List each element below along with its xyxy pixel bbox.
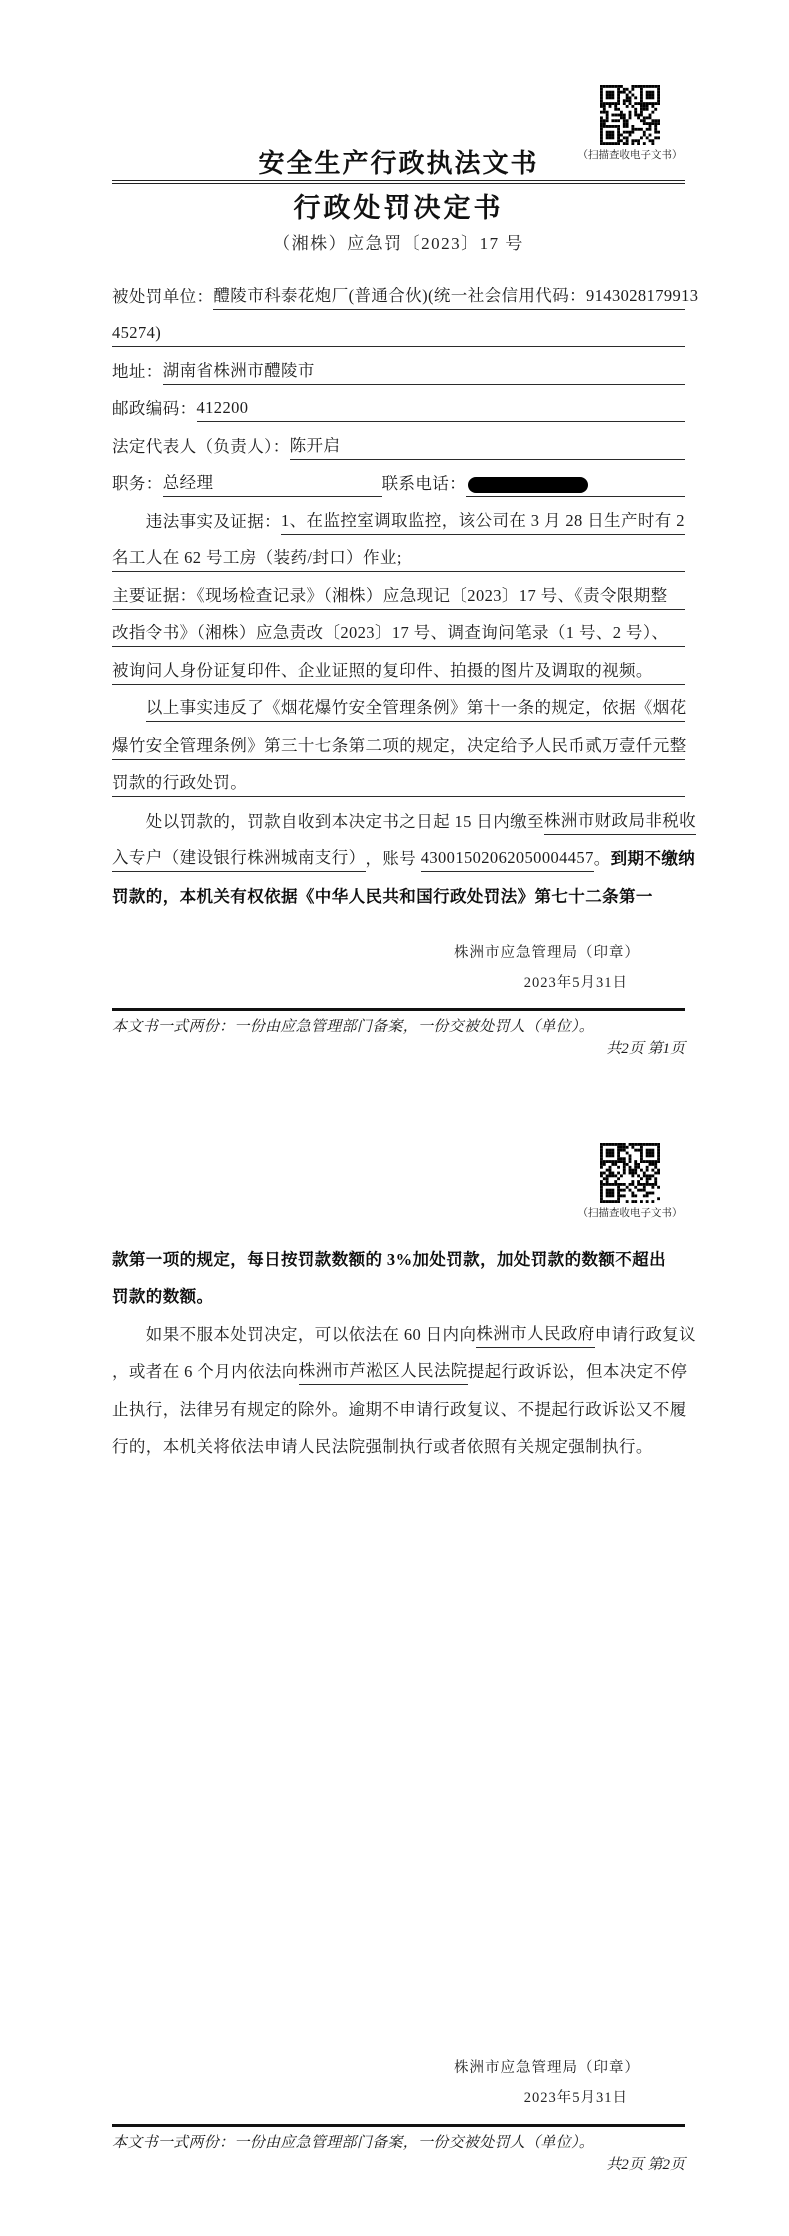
doc-text-segment — [112, 699, 146, 722]
doc-line: 主要证据：《现场检查记录》（湘株）应急现记〔2023〕17 号、《责令限期整 — [112, 572, 685, 610]
doc-line: 以上事实违反了《烟花爆竹安全管理条例》第十一条的规定，依据《烟花 — [112, 685, 685, 723]
doc-text-segment: 提起行政诉讼，但本决定不停 — [468, 1362, 688, 1385]
doc-text-segment: ，或者在 6 个月内依法向 — [112, 1362, 299, 1385]
doc-line: 爆竹安全管理条例》第三十七条第二项的规定，决定给予人民币贰万壹仟元整 — [112, 722, 685, 760]
doc-text-segment: 申请行政复议 — [595, 1325, 696, 1348]
doc-text-segment: 到期不缴纳 — [611, 849, 696, 872]
page1-footer: 本文书一式两份：一份由应急管理部门备案，一份交被处罚人（单位）。 共2页 第1页 — [112, 1008, 685, 1058]
page2-body: 款第一项的规定，每日按罚款数额的 3%加处罚款，加处罚款的数额不超出罚款的数额。… — [112, 1235, 685, 1460]
page2-signature: 株洲市应急管理局（印章） 2023年5月31日 — [112, 2053, 685, 2113]
page2-footer: 本文书一式两份：一份由应急管理部门备案，一份交被处罚人（单位）。 共2页 第2页 — [112, 2124, 685, 2174]
doc-text-segment: 以上事实违反了《烟花爆竹安全管理条例》第十一条的规定，依据《烟花 — [146, 698, 685, 722]
doc-text-segment: 职务： — [112, 474, 163, 497]
page-number: 共2页 第1页 — [112, 1037, 685, 1058]
doc-line: 职务：总经理联系电话： — [112, 460, 685, 498]
doc-line: 款第一项的规定，每日按罚款数额的 3%加处罚款，加处罚款的数额不超出 — [112, 1235, 685, 1273]
form-title: 安全生产行政执法文书 — [112, 149, 685, 178]
doc-text-segment: 爆竹安全管理条例》第三十七条第二项的规定，决定给予人民币贰万壹仟元整 — [112, 736, 685, 760]
doc-text-segment: 被询问人身份证复印件、企业证照的复印件、拍摄的图片及调取的视频。 — [112, 661, 685, 685]
doc-line: 被处罚单位：醴陵市科泰花炮厂(普通合伙)(统一社会信用代码：9143028179… — [112, 272, 685, 310]
doc-text-segment: 罚款的数额。 — [112, 1287, 213, 1310]
document-number: （湘株）应急罚〔2023〕17 号 — [112, 229, 685, 254]
doc-line: 行的，本机关将依法申请人民法院强制执行或者依照有关规定强制执行。 — [112, 1423, 685, 1461]
doc-text-segment: 总经理 — [163, 473, 382, 497]
doc-text-segment: 联系电话： — [382, 474, 467, 497]
doc-line: 邮政编码：412200 — [112, 385, 685, 423]
doc-text-segment: 湖南省株洲市醴陵市 — [163, 361, 685, 385]
doc-text-segment: 入专户（建设银行株洲城南支行） — [112, 848, 366, 872]
doc-text-segment: 罚款的，本机关有权依据《中华人民共和国行政处罚法》第七十二条第一 — [112, 887, 653, 910]
doc-text-segment: 行的，本机关将依法申请人民法院强制执行或者依照有关规定强制执行。 — [112, 1437, 653, 1460]
doc-line: 如果不服本处罚决定，可以依法在 60 日内向株洲市人民政府申请行政复议 — [112, 1310, 685, 1348]
footer-note: 本文书一式两份：一份由应急管理部门备案，一份交被处罚人（单位）。 — [112, 1015, 685, 1036]
doc-line: 罚款的数额。 — [112, 1273, 685, 1311]
doc-text-segment: 违法事实及证据： — [112, 512, 281, 535]
doc-text-segment: 罚款的行政处罚。 — [112, 773, 685, 797]
doc-line: 违法事实及证据：1、在监控室调取监控，该公司在 3 月 28 日生产时有 2 — [112, 497, 685, 535]
doc-text-segment: 株洲市人民政府 — [476, 1324, 594, 1348]
qr-caption: （扫描查收电子文书） — [573, 1205, 687, 1220]
doc-text-segment: 止执行，法律另有规定的除外。逾期不申请行政复议、不提起行政诉讼又不履 — [112, 1400, 687, 1423]
doc-text-segment: 株洲市财政局非税收 — [544, 811, 696, 835]
doc-text-segment: 款第一项的规定，每日按罚款数额的 3%加处罚款，加处罚款的数额不超出 — [112, 1250, 666, 1273]
issuing-authority: 株洲市应急管理局（印章） — [112, 938, 685, 968]
doc-line: 名工人在 62 号工房（装药/封口）作业; — [112, 535, 685, 573]
qr-code-icon — [600, 85, 660, 145]
doc-text-segment: 法定代表人（负责人）： — [112, 437, 290, 460]
footer-rule — [112, 1008, 685, 1011]
doc-text-segment: 45274) — [112, 323, 685, 347]
page1-signature: 株洲市应急管理局（印章） 2023年5月31日 — [112, 938, 685, 998]
doc-line: 罚款的，本机关有权依据《中华人民共和国行政处罚法》第七十二条第一 — [112, 872, 685, 910]
doc-text-segment: 陈开启 — [290, 436, 685, 460]
doc-text-segment: 名工人在 62 号工房（装药/封口）作业; — [112, 548, 685, 572]
doc-text-segment: 地址： — [112, 362, 163, 385]
doc-text-segment: 醴陵市科泰花炮厂(普通合伙)(统一社会信用代码：9143028179913 — [213, 286, 685, 310]
doc-text-segment: 1、在监控室调取监控，该公司在 3 月 28 日生产时有 2 — [281, 511, 685, 535]
qr-block-page2: （扫描查收电子文书） — [573, 1143, 687, 1220]
doc-text-segment: 主要证据：《现场检查记录》（湘株）应急现记〔2023〕17 号、《责令限期整 — [112, 586, 685, 610]
double-rule — [112, 180, 685, 184]
footer-note: 本文书一式两份：一份由应急管理部门备案，一份交被处罚人（单位）。 — [112, 2131, 685, 2152]
doc-line: 止执行，法律另有规定的除外。逾期不申请行政复议、不提起行政诉讼又不履 — [112, 1385, 685, 1423]
qr-code-icon — [600, 1143, 660, 1203]
footer-rule — [112, 2124, 685, 2127]
page1-body: 被处罚单位：醴陵市科泰花炮厂(普通合伙)(统一社会信用代码：9143028179… — [112, 272, 685, 910]
doc-text-segment: 。 — [594, 849, 611, 872]
doc-line: 地址：湖南省株洲市醴陵市 — [112, 347, 685, 385]
doc-line: 罚款的行政处罚。 — [112, 760, 685, 798]
doc-line: 入专户（建设银行株洲城南支行），账号 43001502062050004457。… — [112, 835, 685, 873]
doc-text-segment: 改指令书》（湘株）应急责改〔2023〕17 号、调查询问笔录（1 号、2 号）、 — [112, 623, 685, 647]
doc-text-segment: 处以罚款的，罚款自收到本决定书之日起 15 日内缴至 — [112, 812, 544, 835]
doc-text-segment: ，账号 — [366, 849, 421, 872]
doc-line: 被询问人身份证复印件、企业证照的复印件、拍摄的图片及调取的视频。 — [112, 647, 685, 685]
doc-line: 法定代表人（负责人）：陈开启 — [112, 422, 685, 460]
redaction-bar — [468, 477, 588, 493]
doc-text-segment: 株洲市芦淞区人民法院 — [299, 1361, 468, 1385]
issue-date: 2023年5月31日 — [112, 2083, 685, 2113]
doc-line: 45274) — [112, 310, 685, 348]
page-title: 行政处罚决定书 — [112, 193, 685, 223]
doc-line: ，或者在 6 个月内依法向株洲市芦淞区人民法院提起行政诉讼，但本决定不停 — [112, 1348, 685, 1386]
doc-text-segment: 如果不服本处罚决定，可以依法在 60 日内向 — [112, 1325, 476, 1348]
redacted-phone-field — [466, 473, 685, 497]
page-number: 共2页 第2页 — [112, 2153, 685, 2174]
doc-text-segment: 43001502062050004457 — [421, 848, 594, 872]
doc-line: 改指令书》（湘株）应急责改〔2023〕17 号、调查询问笔录（1 号、2 号）、 — [112, 610, 685, 648]
doc-line: 处以罚款的，罚款自收到本决定书之日起 15 日内缴至株洲市财政局非税收 — [112, 797, 685, 835]
doc-text-segment: 被处罚单位： — [112, 287, 213, 310]
doc-text-segment: 邮政编码： — [112, 399, 197, 422]
issuing-authority: 株洲市应急管理局（印章） — [112, 2053, 685, 2083]
penalty-decision-document: （扫描查收电子文书） 安全生产行政执法文书 行政处罚决定书 （湘株）应急罚〔20… — [0, 0, 789, 2236]
issue-date: 2023年5月31日 — [112, 968, 685, 998]
document-header: 安全生产行政执法文书 行政处罚决定书 （湘株）应急罚〔2023〕17 号 — [112, 149, 685, 254]
doc-text-segment: 412200 — [197, 398, 686, 422]
